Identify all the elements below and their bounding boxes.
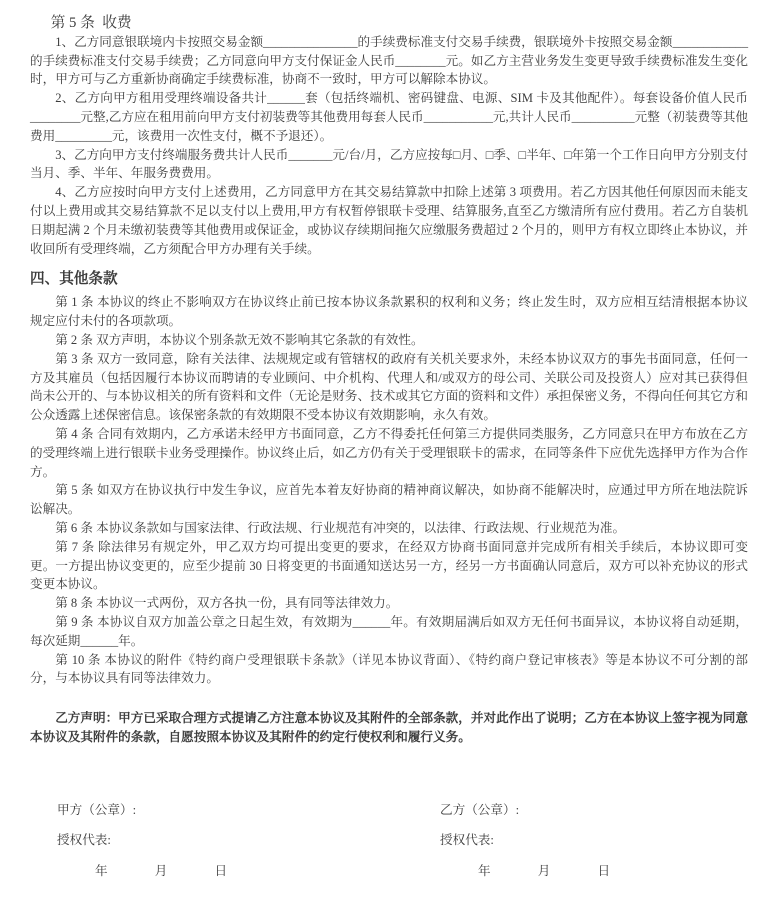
- fees-item-1: 1、乙方同意银联境内卡按照交易金额_______________的手续费标准支付…: [30, 33, 748, 89]
- party-a-seal-label: 甲方（公章）:: [57, 801, 440, 820]
- fees-section: 第 5 条 收费 1、乙方同意银联境内卡按照交易金额______________…: [30, 14, 748, 258]
- party-b-representative-label: 授权代表:: [440, 831, 748, 850]
- terms-clause-10: 第 10 条 本协议的附件《特约商户受理银联卡条款》（详见本协议背面）、《特约商…: [30, 651, 748, 689]
- party-a-representative-label: 授权代表:: [57, 831, 440, 850]
- party-b-declaration: 乙方声明：甲方已采取合理方式提请乙方注意本协议及其附件的全部条款，并对此作出了说…: [30, 709, 748, 747]
- party-a-signature-column: 甲方（公章）: 授权代表: 年 月 日: [57, 801, 440, 893]
- terms-clause-3: 第 3 条 双方一致同意，除有关法律、法规规定或有管辖权的政府有关机关要求外，未…: [30, 350, 748, 425]
- signature-block: 甲方（公章）: 授权代表: 年 月 日 乙方（公章）: 授权代表: 年 月 日: [30, 801, 748, 893]
- party-b-year-label: 年: [478, 862, 491, 881]
- party-b-day-label: 日: [598, 862, 611, 881]
- party-a-month-label: 月: [155, 862, 168, 881]
- terms-clause-2: 第 2 条 双方声明，本协议个别条款无效不影响其它条款的有效性。: [30, 331, 748, 350]
- other-terms-section: 四、其他条款 第 1 条 本协议的终止不影响双方在协议终止前已按本协议条款累积的…: [30, 269, 748, 688]
- terms-clause-7: 第 7 条 除法律另有规定外，甲乙双方均可提出变更的要求，在经双方协商书面同意并…: [30, 538, 748, 594]
- party-b-seal-label: 乙方（公章）:: [440, 801, 748, 820]
- party-a-day-label: 日: [215, 862, 228, 881]
- fees-item-3: 3、乙方向甲方支付终端服务费共计人民币_______元/台/月，乙方应按每□月、…: [30, 146, 748, 184]
- terms-clause-1: 第 1 条 本协议的终止不影响双方在协议终止前已按本协议条款累积的权利和义务；终…: [30, 293, 748, 331]
- terms-clause-9: 第 9 条 本协议自双方加盖公章之日起生效，有效期为______年。有效期届满后…: [30, 613, 748, 651]
- terms-clause-6: 第 6 条 本协议条款如与国家法律、行政法规、行业规范有冲突的，以法律、行政法规…: [30, 519, 748, 538]
- terms-clause-8: 第 8 条 本协议一式两份，双方各执一份，具有同等法律效力。: [30, 594, 748, 613]
- party-b-signature-column: 乙方（公章）: 授权代表: 年 月 日: [440, 801, 748, 893]
- other-terms-heading: 四、其他条款: [30, 269, 748, 290]
- terms-clause-4: 第 4 条 合同有效期内，乙方承诺未经甲方书面同意，乙方不得委托任何第三方提供同…: [30, 425, 748, 481]
- party-a-year-label: 年: [95, 862, 108, 881]
- party-b-month-label: 月: [538, 862, 551, 881]
- contract-document-page: 第 5 条 收费 1、乙方同意银联境内卡按照交易金额______________…: [0, 0, 777, 913]
- fees-item-2: 2、乙方向甲方租用受理终端设备共计______套（包括终端机、密码键盘、电源、S…: [30, 89, 748, 145]
- fees-item-4: 4、乙方应按时向甲方支付上述费用，乙方同意甲方在其交易结算款中扣除上述第 3 项…: [30, 183, 748, 258]
- party-a-date-line: 年 月 日: [57, 862, 440, 881]
- fees-section-heading: 第 5 条 收费: [30, 14, 748, 33]
- party-b-date-line: 年 月 日: [440, 862, 748, 881]
- terms-clause-5: 第 5 条 如双方在协议执行中发生争议，应首先本着友好协商的精神商议解决，如协商…: [30, 481, 748, 519]
